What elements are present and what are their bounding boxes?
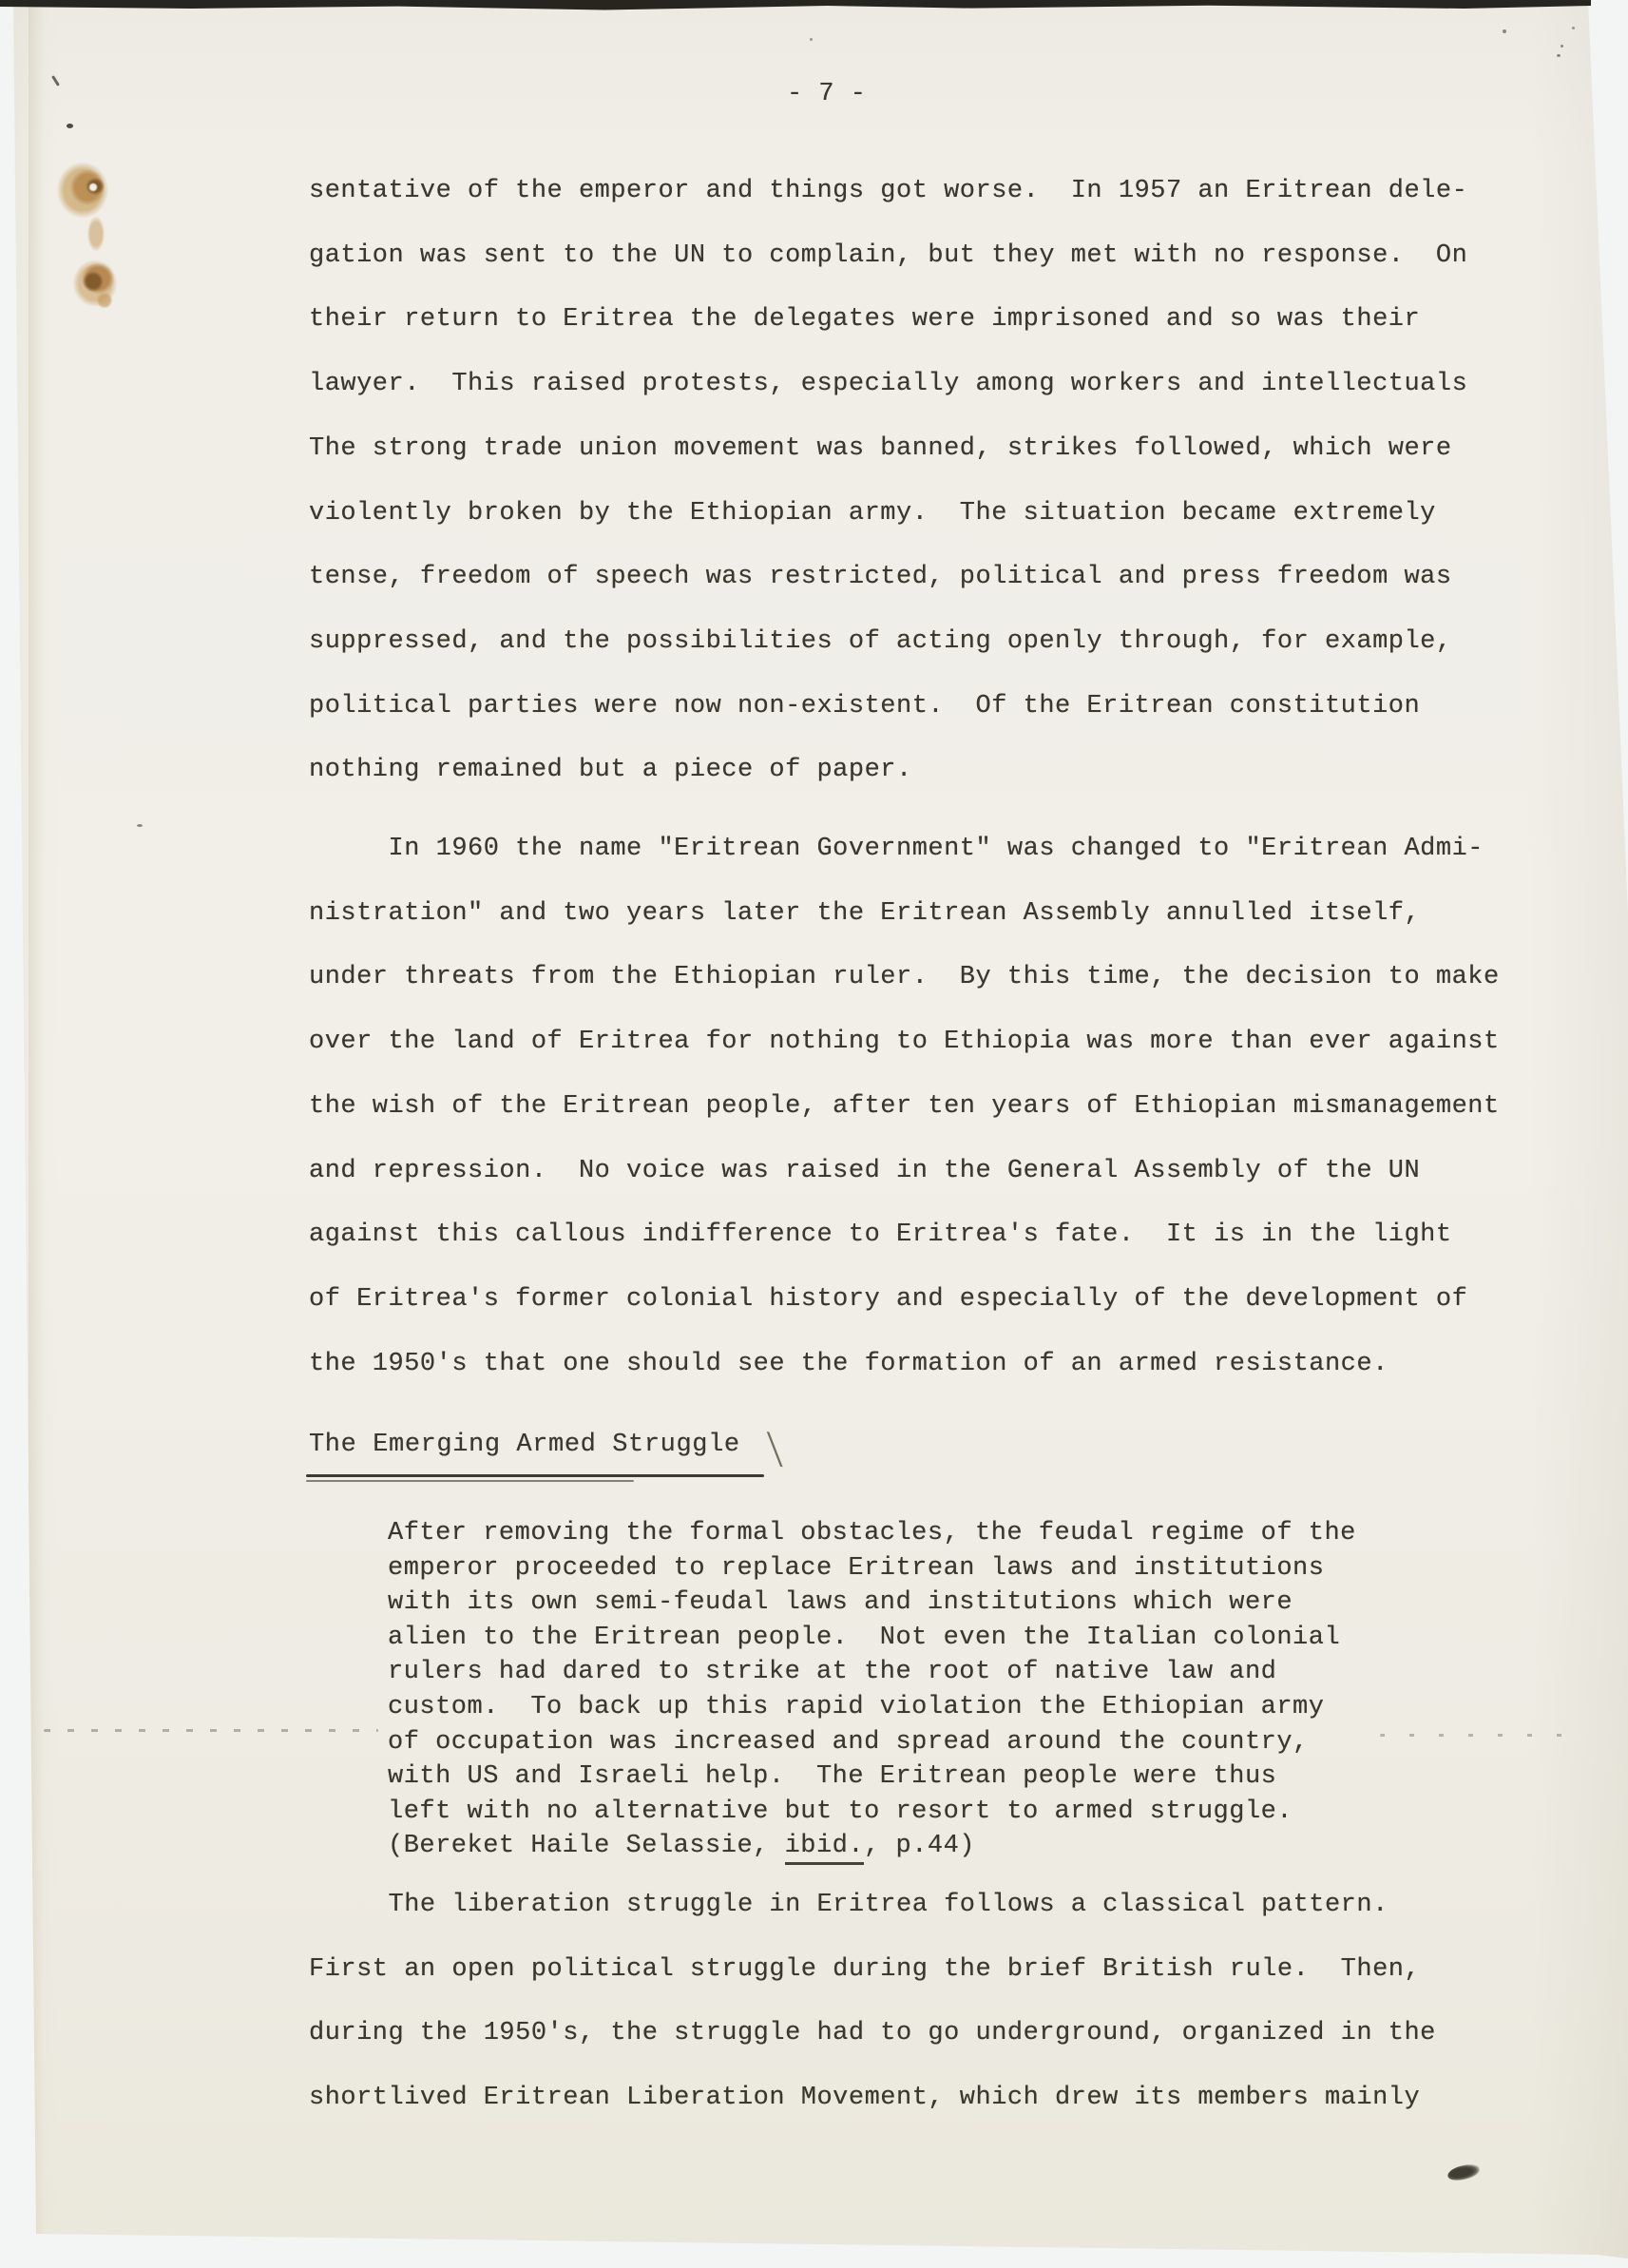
text-line: The liberation struggle in Eritrea follo… xyxy=(309,1874,1436,1938)
text-line: The strong trade union movement was bann… xyxy=(309,417,1467,482)
paper-speck xyxy=(137,824,143,827)
faint-margin-dashes-right xyxy=(1380,1734,1585,1737)
ink-blot xyxy=(1446,2162,1481,2182)
paper-speck xyxy=(1503,29,1506,33)
text-line: suppressed, and the possibilities of act… xyxy=(309,610,1467,675)
scan-top-edge xyxy=(0,0,1591,11)
text-line: left with no alternative but to resort t… xyxy=(388,1795,1356,1830)
paragraph-2-lines: In 1960 the name "Eritrean Government" w… xyxy=(309,817,1500,1396)
text-line: nistration" and two years later the Erit… xyxy=(309,882,1500,947)
quote-lines: After removing the formal obstacles, the… xyxy=(388,1516,1356,1829)
text-line: political parties were now non-existent.… xyxy=(309,675,1467,740)
paragraph-2: In 1960 the name "Eritrean Government" w… xyxy=(309,817,1500,1396)
text-line: lawyer. This raised protests, especially… xyxy=(309,353,1467,417)
text-line: under threats from the Ethiopian ruler. … xyxy=(309,946,1500,1010)
text-line: shortlived Eritrean Liberation Movement,… xyxy=(309,2066,1436,2131)
paper-speck xyxy=(1561,45,1563,48)
citation-ibid-underlined: ibid. xyxy=(785,1832,865,1865)
text-line: with its own semi-feudal laws and instit… xyxy=(388,1586,1356,1621)
text-line: emperor proceeded to replace Eritrean la… xyxy=(388,1551,1356,1586)
text-line: and repression. No voice was raised in t… xyxy=(309,1140,1500,1204)
paper-speck xyxy=(51,75,60,86)
text-line: First an open political struggle during … xyxy=(309,1938,1436,2003)
page-number: - 7 - xyxy=(787,80,867,108)
scanned-document-page: - 7 - sentative of the emperor and thing… xyxy=(0,0,1628,2268)
text-line: violently broken by the Ethiopian army. … xyxy=(309,482,1467,547)
faint-margin-dashes-left xyxy=(44,1729,378,1732)
heading-tick-mark: ╲ xyxy=(764,1432,785,1470)
text-line: against this callous indifference to Eri… xyxy=(309,1203,1500,1268)
text-line: with US and Israeli help. The Eritrean p… xyxy=(388,1759,1356,1795)
text-line: alien to the Eritrean people. Not even t… xyxy=(388,1621,1356,1656)
citation-text: (Bereket Haile Selassie, xyxy=(388,1832,785,1860)
text-line: nothing remained but a piece of paper. xyxy=(309,739,1467,803)
heading-underline xyxy=(306,1480,634,1482)
text-line: during the 1950's, the struggle had to g… xyxy=(309,2002,1436,2066)
paper-speck xyxy=(810,38,813,41)
text-line: of Eritrea's former colonial history and… xyxy=(309,1268,1500,1333)
text-line: of occupation was increased and spread a… xyxy=(388,1725,1356,1760)
text-line: gation was sent to the UN to complain, b… xyxy=(309,224,1467,289)
text-line: the 1950's that one should see the forma… xyxy=(309,1333,1500,1397)
paragraph-3-lines: The liberation struggle in Eritrea follo… xyxy=(309,1874,1436,2131)
text-line: their return to Eritrea the delegates we… xyxy=(309,288,1467,353)
paper-speck xyxy=(1572,27,1575,29)
citation-text: , p.44) xyxy=(864,1832,975,1860)
text-line: custom. To back up this rapid violation … xyxy=(388,1690,1356,1725)
text-line: After removing the formal obstacles, the… xyxy=(388,1516,1356,1551)
block-quote: After removing the formal obstacles, the… xyxy=(388,1516,1356,1864)
heading-underline xyxy=(306,1474,764,1477)
text-line: the wish of the Eritrean people, after t… xyxy=(309,1075,1500,1140)
paragraph-1-lines: sentative of the emperor and things got … xyxy=(309,160,1467,803)
text-line: tense, freedom of speech was restricted,… xyxy=(309,546,1467,610)
paper-speck xyxy=(67,124,73,128)
text-line: over the land of Eritrea for nothing to … xyxy=(309,1010,1500,1075)
paragraph-1: sentative of the emperor and things got … xyxy=(309,160,1467,803)
quote-citation: (Bereket Haile Selassie, ibid., p.44) xyxy=(388,1829,1356,1864)
rust-stain xyxy=(29,143,171,352)
text-line: rulers had dared to strike at the root o… xyxy=(388,1655,1356,1690)
paragraph-3: The liberation struggle in Eritrea follo… xyxy=(309,1874,1436,2131)
text-line: sentative of the emperor and things got … xyxy=(309,160,1467,224)
paper-speck xyxy=(1557,54,1561,57)
text-line: In 1960 the name "Eritrean Government" w… xyxy=(309,817,1500,882)
section-heading: The Emerging Armed Struggle xyxy=(309,1431,740,1459)
